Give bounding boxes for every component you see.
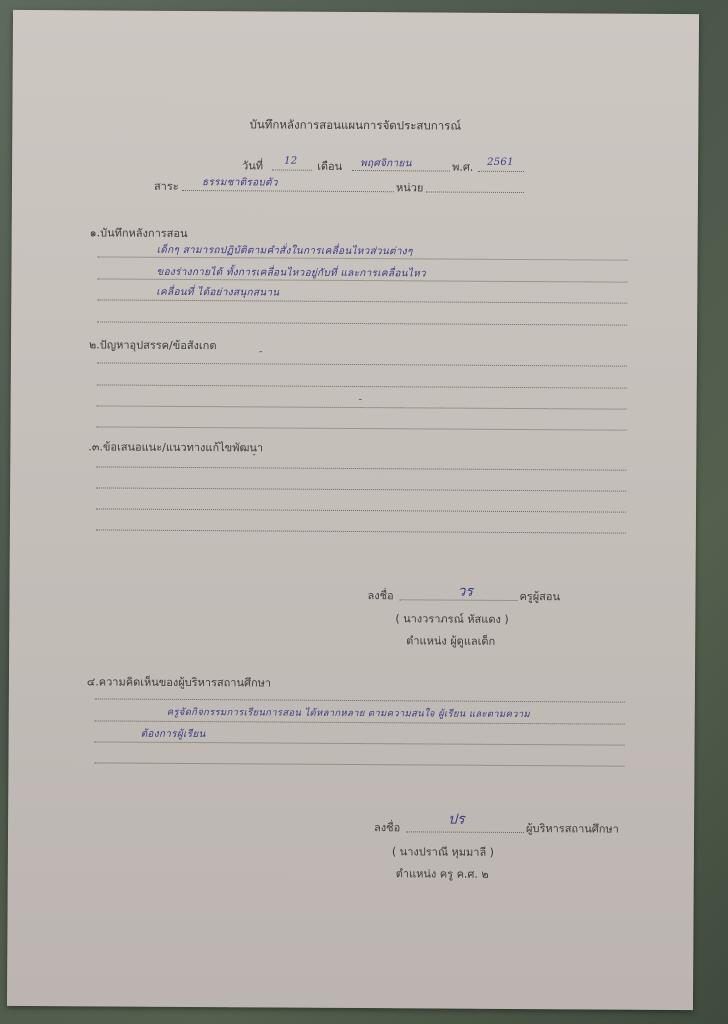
section-2-line-2: [97, 384, 627, 388]
section-3-text-1: -: [252, 449, 256, 460]
teacher-signature: วร: [457, 581, 473, 603]
document-page: บันทึกหลังการสอนแผนการจัดประสบการณ์ วันท…: [7, 10, 699, 1010]
year-label: พ.ศ.: [452, 158, 473, 176]
document-title: บันทึกหลังการสอนแผนการจัดประสบการณ์: [12, 115, 698, 137]
subject-field-line: [182, 190, 394, 192]
section-2-line-4: [96, 426, 626, 430]
section-4-line-1: [95, 698, 625, 702]
month-label: เดือน: [317, 157, 342, 175]
section-2-text-3: -: [359, 394, 363, 405]
section-1-heading: ๑.บันทึกหลังการสอน: [90, 223, 188, 242]
section-1-text-1: เด็กๆ สามารถปฏิบัติตามคำสั่งในการเคลื่อน…: [157, 243, 413, 260]
teacher-position: ตำแหน่ง ผู้ดูแลเด็ก: [406, 631, 495, 650]
section-2-heading: ๒.ปัญหาอุปสรรค/ข้อสังเกต: [89, 335, 217, 354]
section-4-heading: ๔.ความคิดเห็นของผู้บริหารสถานศึกษา: [87, 672, 271, 691]
section-3-line-1: [96, 466, 626, 470]
subject-value: ธรรมชาติรอบตัว: [202, 175, 278, 190]
unit-label: หน่วย: [396, 178, 424, 196]
admin-signature: ปร: [448, 809, 465, 831]
section-4-text-2: ครูจัดกิจกรรมการเรียนการสอน ได้หลากหลาย …: [167, 705, 530, 722]
unit-field-line: [426, 191, 524, 193]
date-label: วันที่: [242, 156, 263, 174]
section-1-line-3: [97, 299, 627, 303]
section-3-line-2: [96, 487, 626, 491]
date-field-line: [272, 169, 312, 170]
section-1-text-2: ของร่างกายได้ ทั้งการเคลื่อนไหวอยู่กับที…: [156, 265, 426, 282]
section-3-heading: .๓.ข้อเสนอแนะ/แนวทางแก้ไขพัฒนา: [88, 437, 263, 456]
date-value: 12: [284, 156, 297, 167]
section-2-text-1: -: [259, 346, 263, 357]
section-2-line-3: [97, 405, 627, 409]
section-4-text-3: ต้องการผู้เรียน: [141, 727, 206, 742]
admin-name: ( นางปราณี หุมมาลี ): [392, 842, 494, 861]
admin-position: ตำแหน่ง ครู ค.ศ. ๒: [396, 864, 489, 883]
section-1-line-4: [97, 321, 627, 325]
month-value: พฤศจิกายน: [360, 156, 412, 171]
section-2-line-1: [97, 362, 627, 366]
section-4-line-4: [94, 762, 624, 766]
teacher-role: ครูผู้สอน: [519, 587, 560, 605]
year-value: 2561: [487, 157, 514, 168]
admin-sign-label: ลงชื่อ: [374, 818, 400, 836]
subject-label: สาระ: [154, 177, 179, 195]
admin-signature-line: [406, 831, 524, 833]
year-field-line: [478, 171, 524, 172]
section-1-text-3: เคลื่อนที่ ได้อย่างสนุกสนาน: [156, 285, 279, 301]
teacher-sign-label: ลงชื่อ: [367, 586, 393, 604]
section-3-line-3: [96, 508, 626, 512]
section-3-line-4: [96, 529, 626, 533]
section-4-line-3: [95, 741, 625, 745]
admin-role: ผู้บริหารสถานศึกษา: [526, 819, 619, 838]
teacher-name: ( นางวราภรณ์ หัสแดง ): [395, 609, 508, 628]
